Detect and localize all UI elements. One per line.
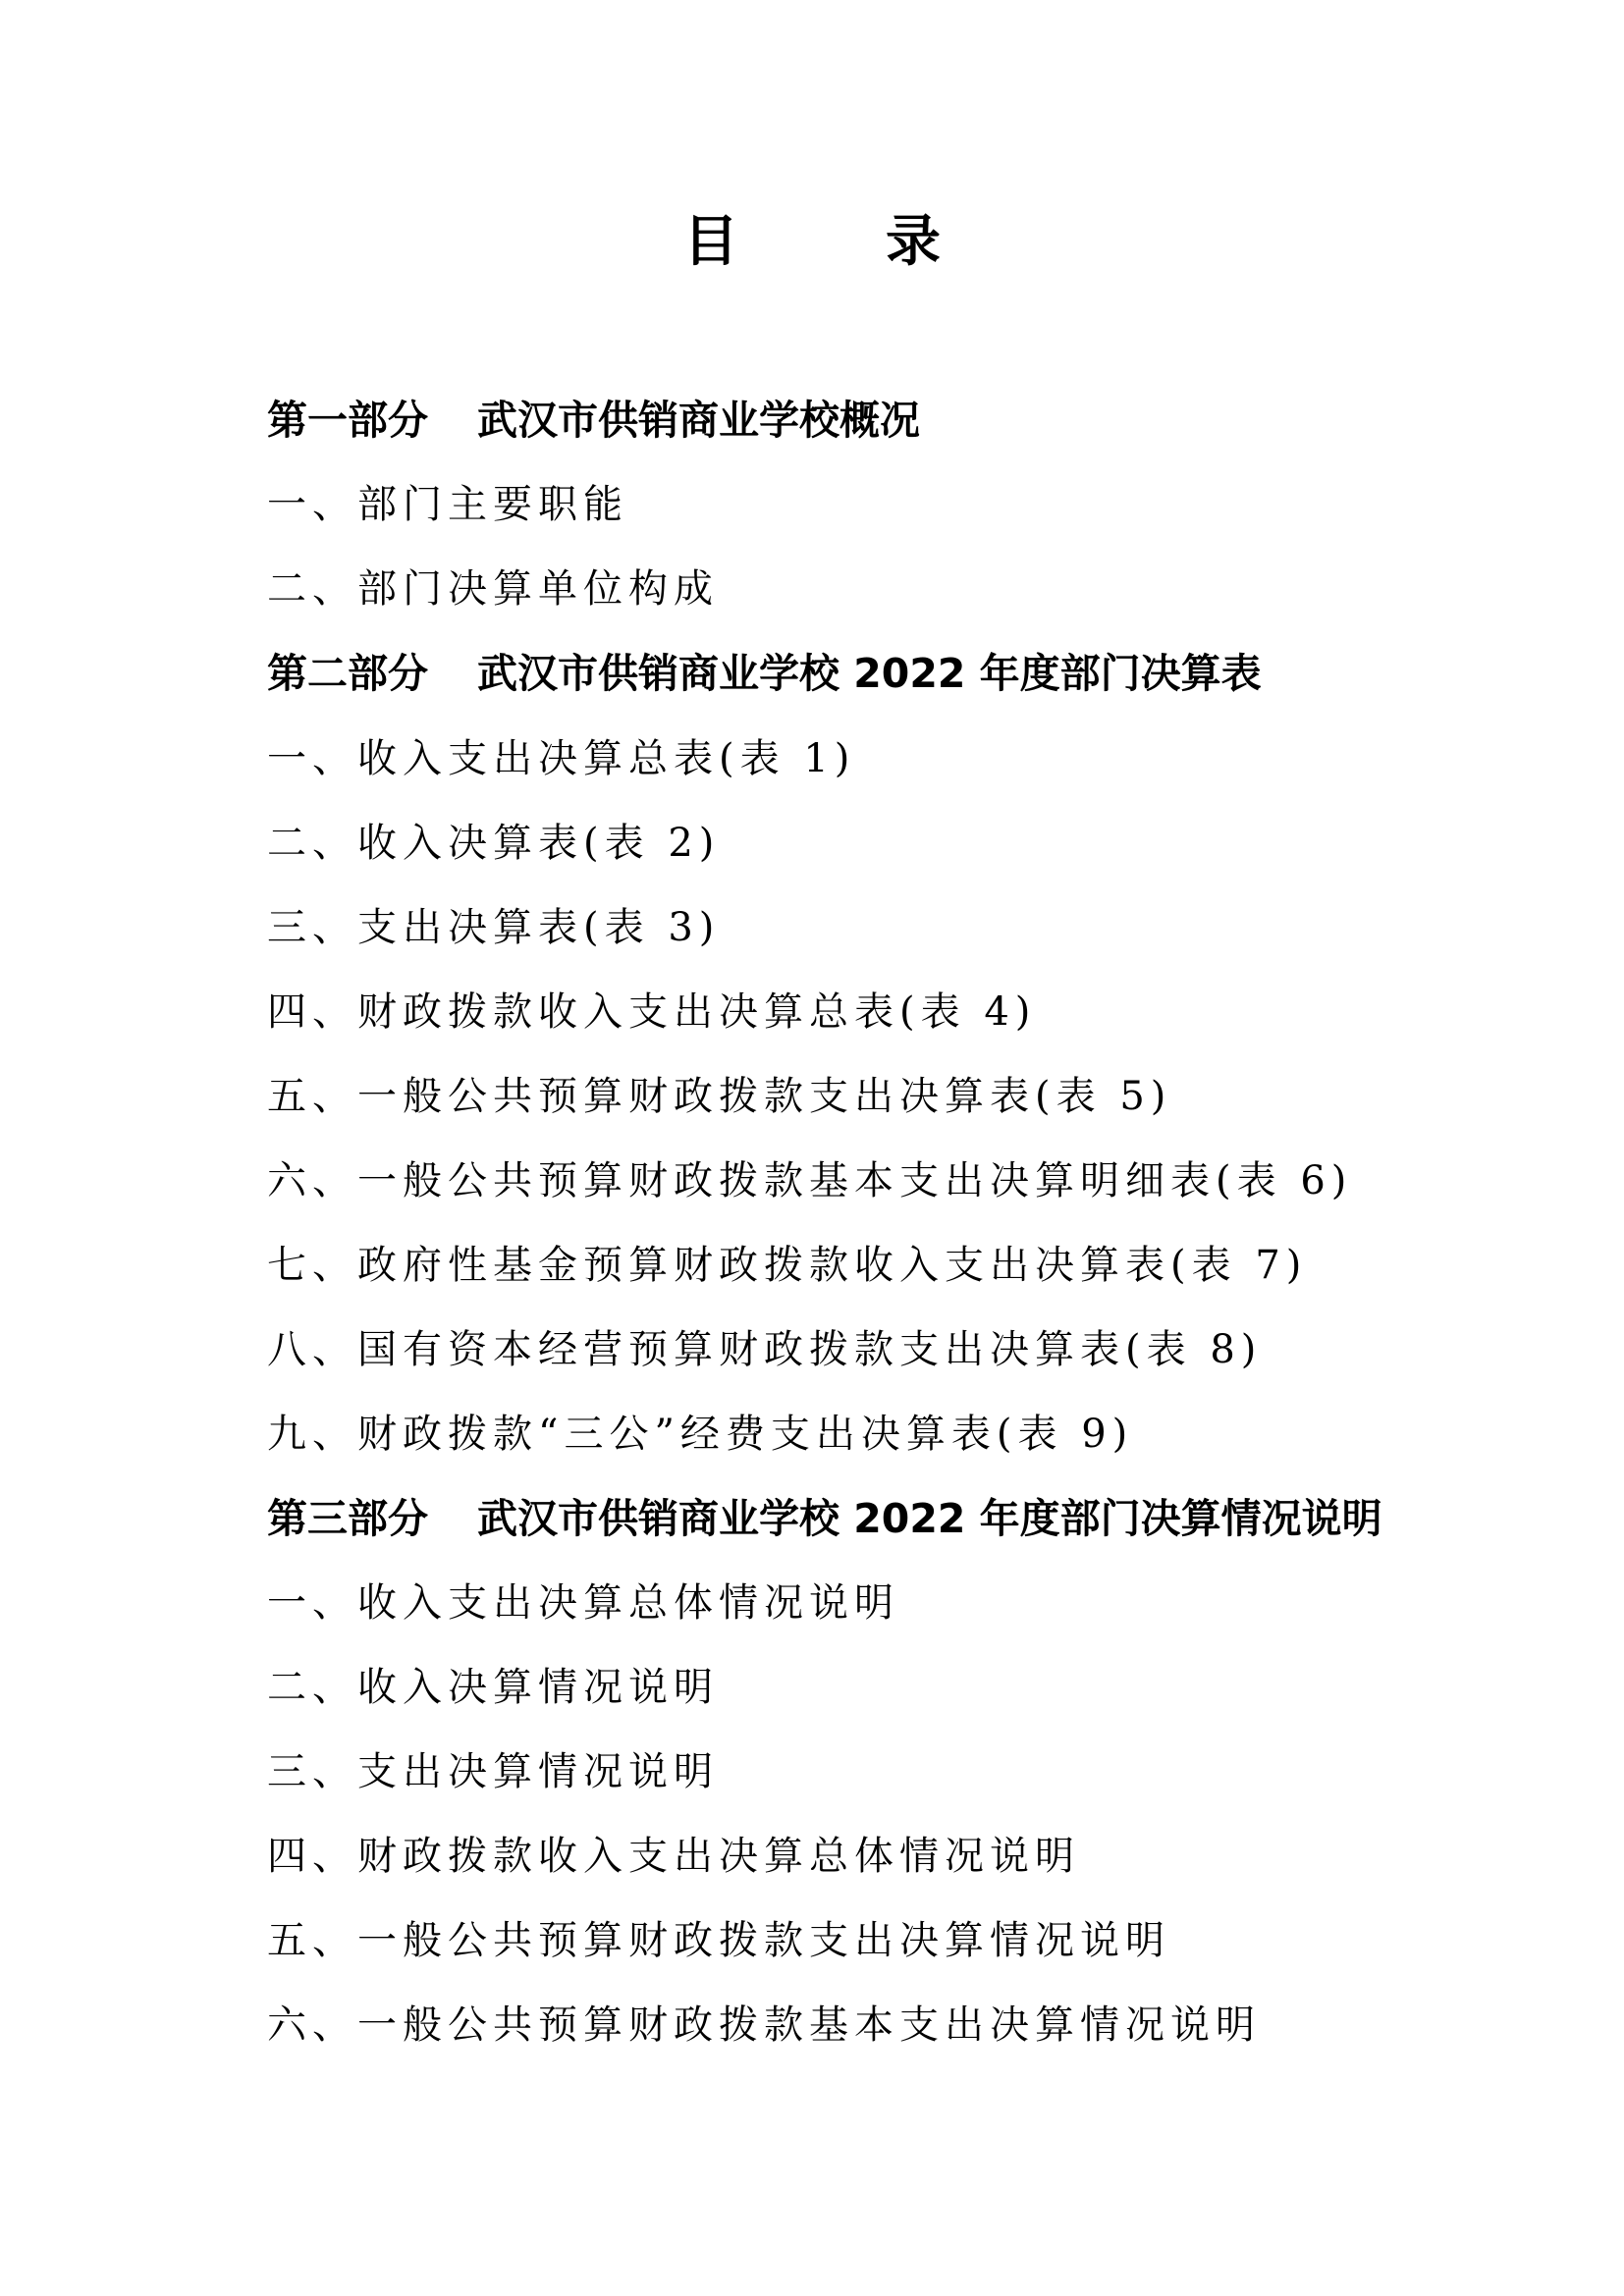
toc-item[interactable]: 一、收入支出决算总表(表 1) bbox=[267, 729, 855, 788]
toc-item[interactable]: 二、部门决算单位构成 bbox=[267, 560, 719, 618]
toc-item[interactable]: 八、国有资本经营预算财政拨款支出决算表(表 8) bbox=[267, 1320, 1262, 1379]
toc-item-label: 五、一般公共预算财政拨款支出决算情况说明 bbox=[267, 1918, 1170, 1963]
toc-item[interactable]: 一、收入支出决算总体情况说明 bbox=[267, 1574, 899, 1632]
toc-item-label: 九、财政拨款“三公”经费支出决算表(表 9) bbox=[267, 1412, 1133, 1457]
toc-item[interactable]: 六、一般公共预算财政拨款基本支出决算明细表(表 6) bbox=[267, 1151, 1352, 1210]
toc-item-label: 八、国有资本经营预算财政拨款支出决算表(表 8) bbox=[267, 1327, 1262, 1372]
toc-item-label: 六、一般公共预算财政拨款基本支出决算情况说明 bbox=[267, 2002, 1261, 2048]
toc-item[interactable]: 四、财政拨款收入支出决算总体情况说明 bbox=[267, 1827, 1080, 1886]
toc-item-label: 三、支出决算情况说明 bbox=[267, 1749, 719, 1794]
toc-item-label: 二、收入决算表(表 2) bbox=[267, 821, 720, 866]
toc-item-label: 一、部门主要职能 bbox=[267, 482, 628, 527]
toc-part-title: 武汉市供销商业学校概况 bbox=[477, 397, 920, 444]
toc-part-title: 武汉市供销商业学校 2022 年度部门决算表 bbox=[477, 650, 1262, 697]
toc-item-label: 一、收入支出决算总表(表 1) bbox=[267, 736, 855, 781]
toc-part-heading[interactable]: 第一部分武汉市供销商业学校概况 bbox=[267, 391, 920, 450]
page-title: 目录 bbox=[0, 208, 1624, 277]
toc-item-label: 六、一般公共预算财政拨款基本支出决算明细表(表 6) bbox=[267, 1158, 1352, 1203]
toc-item[interactable]: 七、政府性基金预算财政拨款收入支出决算表(表 7) bbox=[267, 1236, 1307, 1295]
toc-item[interactable]: 一、部门主要职能 bbox=[267, 475, 628, 534]
toc-item[interactable]: 二、收入决算情况说明 bbox=[267, 1658, 719, 1717]
toc-part-number: 第二部分 bbox=[267, 644, 428, 703]
toc-part-number: 第三部分 bbox=[267, 1489, 428, 1548]
toc-part-heading[interactable]: 第二部分武汉市供销商业学校 2022 年度部门决算表 bbox=[267, 644, 1262, 703]
toc-part-heading[interactable]: 第三部分武汉市供销商业学校 2022 年度部门决算情况说明 bbox=[267, 1489, 1382, 1548]
page-title-char-1: 目 bbox=[683, 208, 738, 277]
toc-item-label: 二、收入决算情况说明 bbox=[267, 1665, 719, 1710]
toc-item-label: 七、政府性基金预算财政拨款收入支出决算表(表 7) bbox=[267, 1243, 1307, 1288]
toc-item-label: 三、支出决算表(表 3) bbox=[267, 905, 720, 950]
toc-item[interactable]: 九、财政拨款“三公”经费支出决算表(表 9) bbox=[267, 1405, 1133, 1464]
toc-item-label: 四、财政拨款收入支出决算总表(表 4) bbox=[267, 989, 1036, 1035]
toc-item[interactable]: 五、一般公共预算财政拨款支出决算表(表 5) bbox=[267, 1067, 1171, 1126]
toc-part-number: 第一部分 bbox=[267, 391, 428, 450]
toc-item[interactable]: 五、一般公共预算财政拨款支出决算情况说明 bbox=[267, 1911, 1170, 1970]
toc-item-label: 五、一般公共预算财政拨款支出决算表(表 5) bbox=[267, 1074, 1171, 1119]
toc-item[interactable]: 二、收入决算表(表 2) bbox=[267, 814, 720, 873]
toc-item[interactable]: 三、支出决算表(表 3) bbox=[267, 898, 720, 957]
toc-item[interactable]: 三、支出决算情况说明 bbox=[267, 1742, 719, 1801]
toc-item-label: 一、收入支出决算总体情况说明 bbox=[267, 1580, 899, 1626]
toc-part-title: 武汉市供销商业学校 2022 年度部门决算情况说明 bbox=[477, 1495, 1382, 1542]
toc-item[interactable]: 六、一般公共预算财政拨款基本支出决算情况说明 bbox=[267, 1996, 1261, 2055]
toc-item[interactable]: 四、财政拨款收入支出决算总表(表 4) bbox=[267, 983, 1036, 1041]
toc-item-label: 二、部门决算单位构成 bbox=[267, 566, 719, 612]
document-page: 目录 第一部分武汉市供销商业学校概况一、部门主要职能二、部门决算单位构成第二部分… bbox=[0, 0, 1624, 2296]
toc-item-label: 四、财政拨款收入支出决算总体情况说明 bbox=[267, 1834, 1080, 1879]
page-title-char-2: 录 bbox=[886, 208, 941, 277]
